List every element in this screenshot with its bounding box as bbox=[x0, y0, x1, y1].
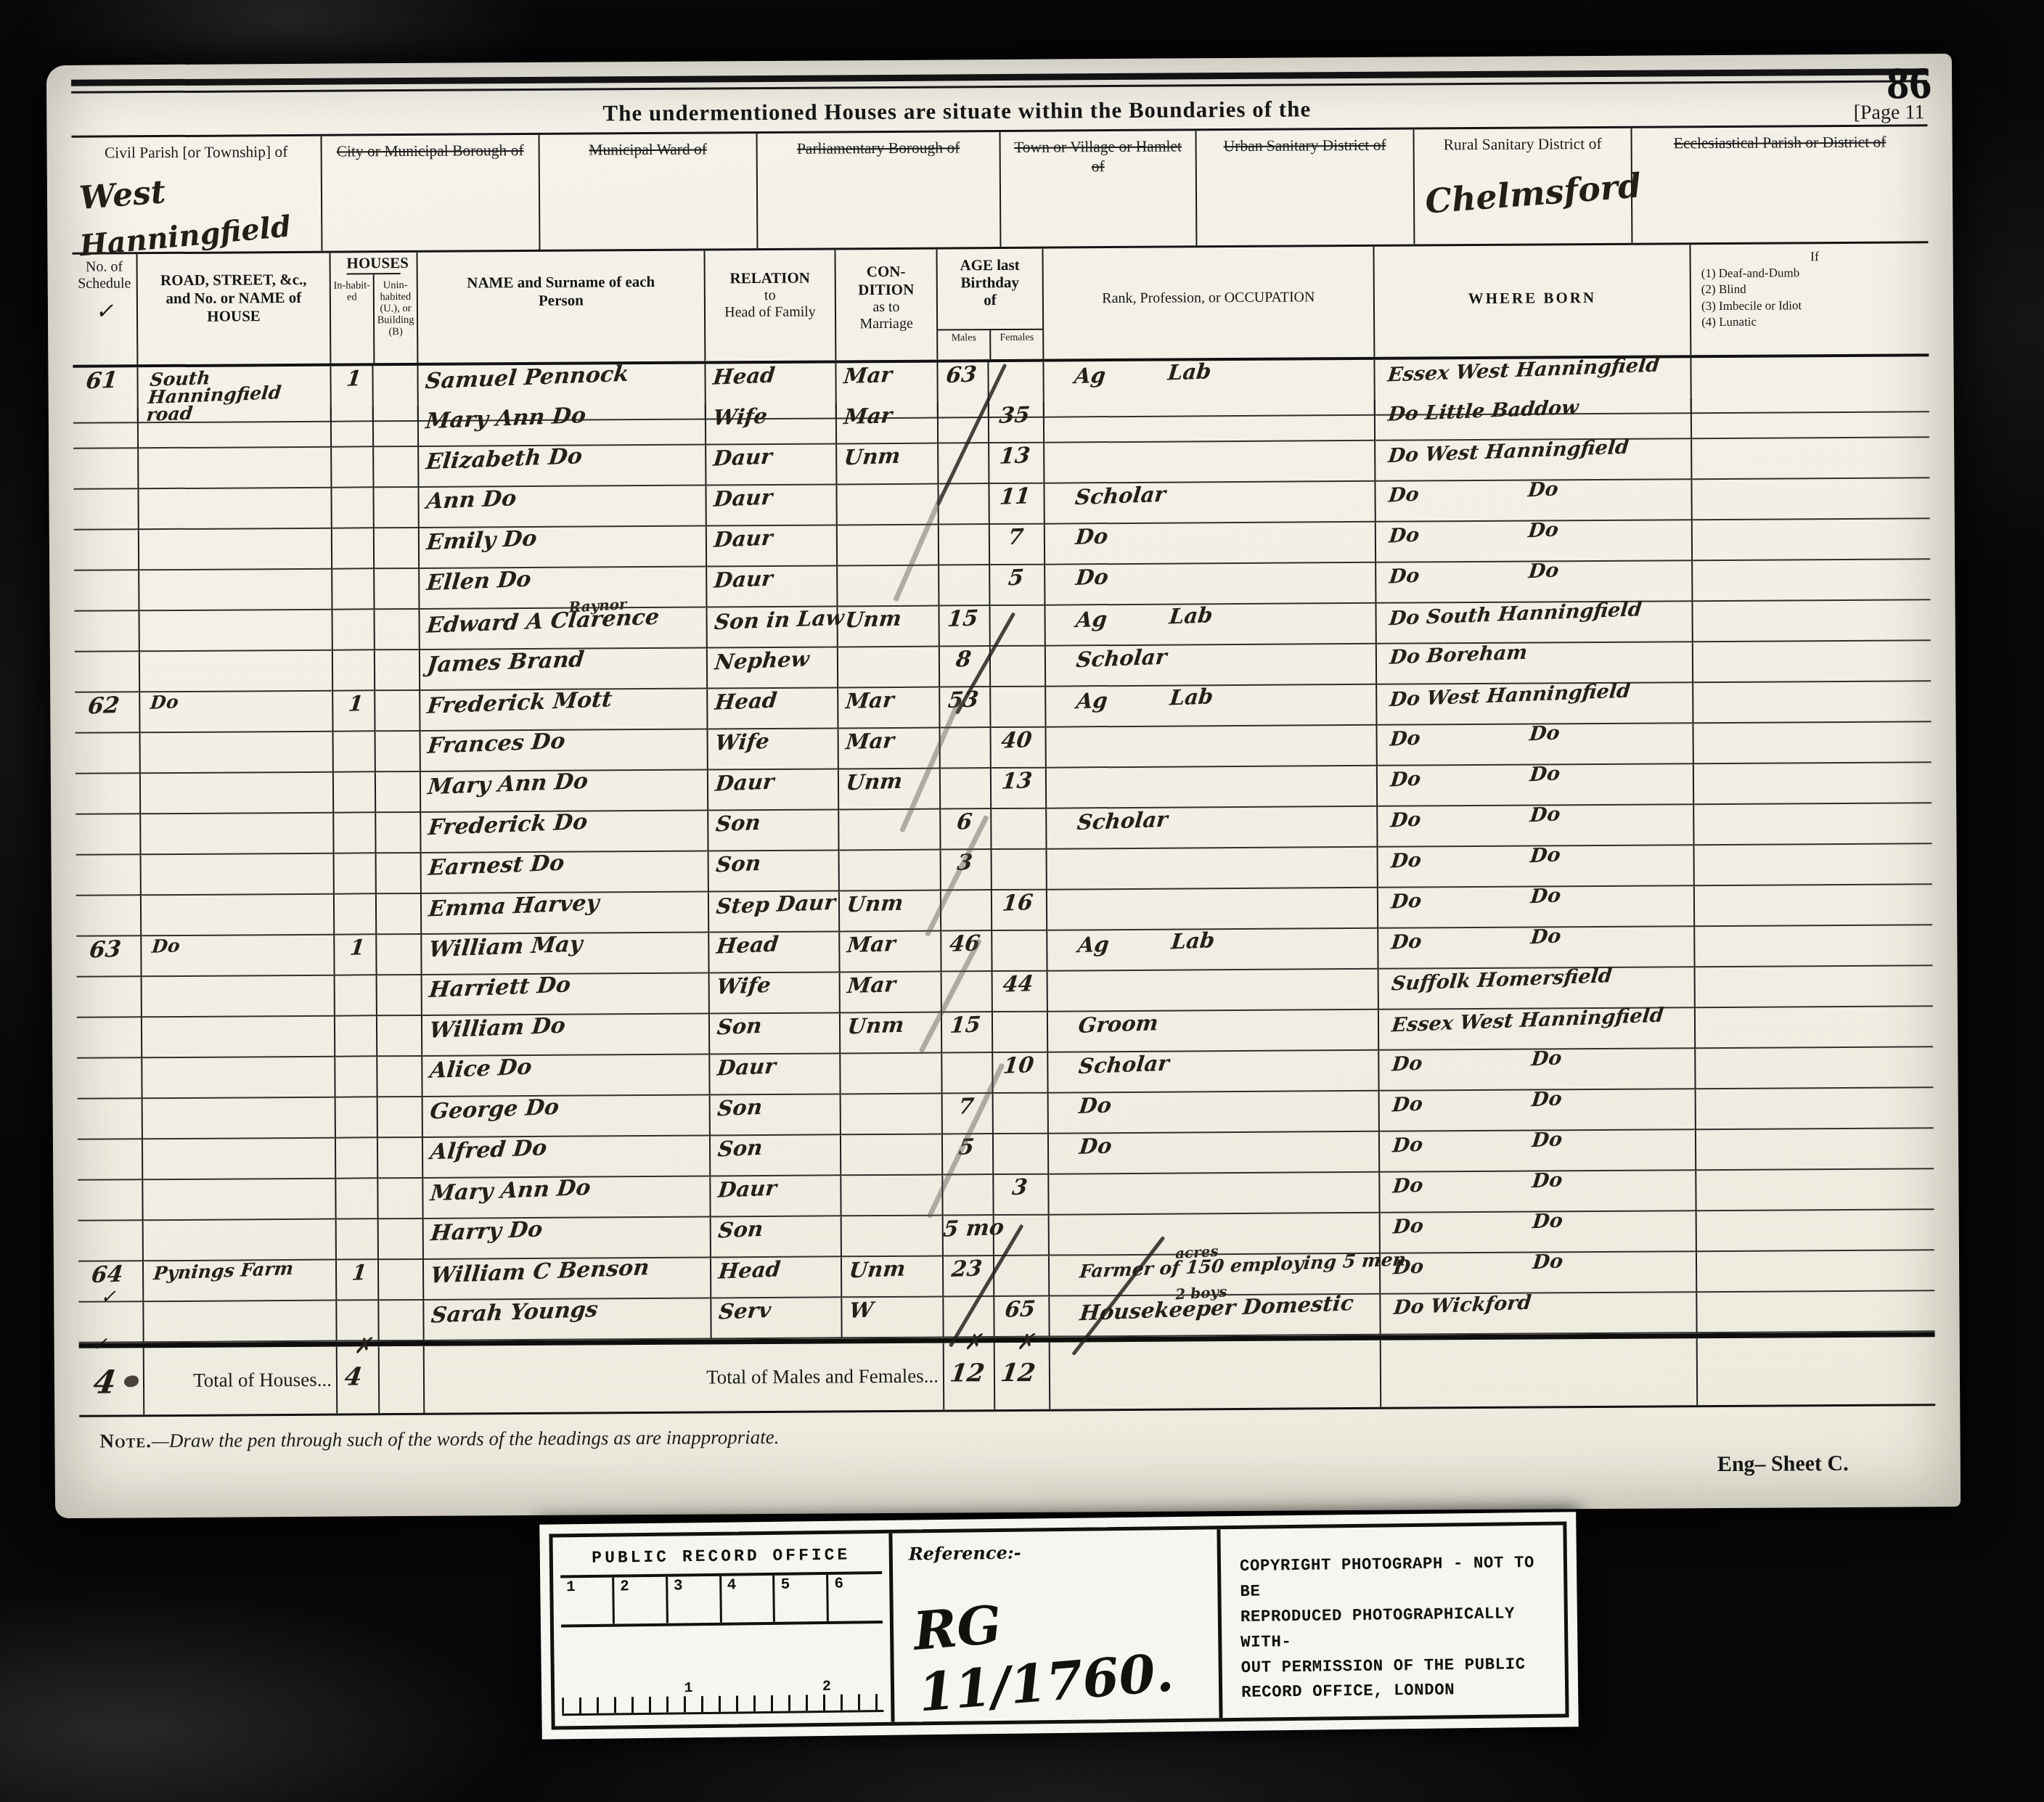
cell-name: Elizabeth Do bbox=[419, 445, 706, 487]
col-uninhabited: Unin-habited (U.), or Building (B) bbox=[375, 274, 417, 363]
cell-relation: Son in Law bbox=[707, 607, 838, 648]
cell-schedule bbox=[73, 449, 139, 490]
cell-name: Alice Do bbox=[422, 1054, 710, 1097]
cell-condition bbox=[841, 1054, 942, 1095]
cell-inhabited bbox=[334, 813, 376, 853]
field-label: City or Municipal Borough of bbox=[328, 141, 533, 162]
cell-age-male bbox=[942, 1053, 993, 1094]
cell-where-born: Do Do bbox=[1378, 886, 1695, 929]
cell-age-female bbox=[991, 647, 1046, 687]
cell-occupation: Scholar bbox=[1047, 807, 1378, 850]
cell-name: Sarah Youngs bbox=[424, 1298, 711, 1340]
cell-where-born: Do Wickford bbox=[1381, 1293, 1697, 1335]
cell-age-female: 16 bbox=[992, 890, 1047, 931]
cell-schedule bbox=[74, 530, 139, 571]
cell-schedule bbox=[78, 1139, 143, 1181]
cell-relation: Son bbox=[710, 1013, 841, 1054]
cell-occupation bbox=[1047, 726, 1378, 769]
field-ecclesiastical-parish: Ecclesiastical Parish or District of bbox=[1632, 126, 1928, 242]
cell-where-born: Do Do bbox=[1378, 764, 1694, 807]
cell-where-born: Do Do bbox=[1378, 805, 1694, 848]
ruler-ticks bbox=[562, 1694, 883, 1716]
field-label: Urban Sanitary District of bbox=[1203, 136, 1407, 157]
stamp-scale-cm: 123456 bbox=[560, 1571, 883, 1627]
cell-uninhabited bbox=[378, 1138, 423, 1179]
name-annotation: Raynor bbox=[568, 595, 627, 616]
cell-road bbox=[142, 1017, 335, 1059]
cell-relation: Daur bbox=[707, 566, 838, 607]
cell-condition bbox=[838, 566, 939, 607]
cell-age-female bbox=[994, 1094, 1049, 1134]
table-header: No. of Schedule ✓ ROAD, STREET, &c., and… bbox=[73, 243, 1929, 368]
cell-name: Earnest Do bbox=[422, 851, 709, 893]
cell-name: Emily Do bbox=[420, 526, 707, 568]
cell-name: Harry Do bbox=[424, 1217, 711, 1259]
cell-where-born: Do Do bbox=[1380, 1171, 1696, 1213]
cell-schedule bbox=[76, 855, 142, 896]
cell-schedule bbox=[78, 1302, 144, 1343]
cell-schedule: 62 bbox=[75, 692, 140, 734]
cell-inhabited bbox=[332, 528, 375, 569]
cell-uninhabited bbox=[376, 732, 421, 772]
ruler-scale-number: 5 bbox=[774, 1575, 829, 1622]
cell-schedule bbox=[73, 489, 139, 531]
cell-disability bbox=[1693, 600, 1930, 642]
ruler-scale-number: 2 bbox=[614, 1577, 669, 1624]
cell-where-born: Do Do bbox=[1379, 1049, 1696, 1092]
cell-name: Harriett Do bbox=[422, 973, 710, 1015]
cell-uninhabited bbox=[378, 1097, 423, 1138]
cell-condition: Unm bbox=[840, 891, 941, 933]
cell-disability bbox=[1696, 1007, 1933, 1049]
cell-disability bbox=[1696, 1129, 1934, 1171]
cell-age-male: 15 bbox=[942, 1012, 993, 1053]
cell-age-male: 5 mo bbox=[944, 1216, 994, 1256]
cell-age-female bbox=[992, 850, 1047, 890]
cell-disability bbox=[1693, 722, 1931, 764]
cell-name: William May bbox=[422, 933, 709, 975]
col-females: Females bbox=[991, 330, 1042, 359]
cell-schedule bbox=[78, 1180, 143, 1221]
cell-name: Alfred Do bbox=[423, 1136, 711, 1178]
cell-road bbox=[139, 570, 332, 612]
col-age-group: AGE last Birthday of Males Females bbox=[937, 249, 1044, 360]
cell-occupation bbox=[1045, 441, 1375, 484]
cell-schedule bbox=[77, 1017, 142, 1059]
cell-name: Frederick Mott bbox=[420, 689, 708, 731]
cell-schedule: 63 bbox=[76, 936, 142, 978]
cell-road bbox=[141, 814, 334, 856]
cell-relation: Head bbox=[709, 932, 840, 973]
page-label: [Page 11 bbox=[1854, 101, 1925, 125]
cell-uninhabited bbox=[375, 650, 420, 691]
cell-uninhabited bbox=[375, 569, 420, 610]
cell-disability bbox=[1693, 681, 1931, 724]
cell-uninhabited bbox=[376, 813, 421, 853]
cell-road bbox=[143, 1179, 336, 1221]
stamp-scale-inches: 1 2 bbox=[561, 1626, 884, 1726]
census-table: No. of Schedule ✓ ROAD, STREET, &c., and… bbox=[73, 243, 1936, 1504]
cell-age-male: 23 bbox=[944, 1256, 994, 1297]
cell-inhabited bbox=[334, 732, 376, 772]
totals-houses-label: Total of Houses... bbox=[144, 1347, 338, 1415]
cell-name: William C Benson bbox=[424, 1258, 711, 1300]
cell-inhabited bbox=[335, 894, 377, 935]
cell-relation: Nephew bbox=[708, 647, 838, 689]
cell-condition: Mar bbox=[838, 688, 940, 729]
cell-inhabited bbox=[336, 1097, 378, 1138]
cell-uninhabited bbox=[377, 894, 422, 935]
cell-age-female bbox=[991, 687, 1046, 728]
cell-uninhabited bbox=[375, 610, 420, 650]
cell-inhabited bbox=[332, 488, 374, 528]
schedule-checkmark: ✓ bbox=[73, 299, 136, 324]
civil-parish-value: West Hanningfield bbox=[79, 171, 292, 254]
cell-age-female: 44 bbox=[993, 972, 1048, 1012]
cell-relation: Wife bbox=[710, 972, 841, 1014]
ruler-scale-number: 3 bbox=[668, 1576, 722, 1623]
cell-where-born: Do Do bbox=[1376, 520, 1693, 563]
cell-disability bbox=[1693, 560, 1930, 602]
cell-age-male bbox=[939, 565, 990, 606]
cell-age-female: 35 bbox=[989, 403, 1045, 443]
cell-condition bbox=[839, 810, 941, 851]
cell-where-born: Do Do bbox=[1378, 927, 1695, 970]
field-urban-sanitary: Urban Sanitary District of bbox=[1196, 130, 1415, 246]
cell-inhabited: 1 bbox=[337, 1260, 379, 1301]
totals-margin-value: 4 bbox=[91, 1364, 118, 1401]
cell-schedule bbox=[75, 652, 140, 693]
cell-uninhabited bbox=[374, 406, 419, 447]
col-where-born: WHERE BORN bbox=[1374, 245, 1691, 357]
cell-name: Edward A ClarenceRaynor bbox=[420, 607, 708, 650]
cell-disability bbox=[1695, 925, 1932, 967]
cell-name: Emma Harvey bbox=[422, 892, 709, 934]
col-disability: If (1) Deaf-and-Dumb (2) Blind (3) Imbec… bbox=[1691, 243, 1929, 355]
cell-inhabited bbox=[335, 853, 377, 894]
cell-where-born: Do Do bbox=[1375, 480, 1692, 523]
cell-disability bbox=[1693, 519, 1930, 561]
cell-disability bbox=[1692, 397, 1929, 439]
cell-occupation bbox=[1045, 401, 1375, 443]
cell-where-born: Do Little Baddow bbox=[1375, 398, 1692, 441]
col-houses-group: HOUSES In-habit-ed Unin-habited (U.), or… bbox=[330, 253, 418, 364]
cell-age-female: 13 bbox=[989, 443, 1045, 484]
cell-disability bbox=[1696, 1047, 1933, 1089]
cell-disability bbox=[1697, 1291, 1934, 1333]
cell-where-born: Essex West Hanningfield bbox=[1379, 1008, 1696, 1051]
col-schedule: No. of Schedule ✓ bbox=[73, 254, 139, 365]
cell-occupation bbox=[1047, 848, 1378, 890]
cell-age-male: 15 bbox=[939, 606, 990, 647]
col-occupation: Rank, Profession, or OCCUPATION bbox=[1043, 247, 1375, 359]
cell-age-female bbox=[994, 1134, 1049, 1175]
cell-age-female: 10 bbox=[993, 1053, 1048, 1094]
census-sheet: 86 The undermentioned Houses are situate… bbox=[46, 54, 1961, 1518]
footnote: Note.—Draw the pen through such of the w… bbox=[99, 1426, 779, 1453]
cell-schedule bbox=[75, 611, 140, 652]
cell-inhabited bbox=[337, 1219, 379, 1260]
field-label: Ecclesiastical Parish or District of bbox=[1638, 132, 1922, 153]
cell-uninhabited bbox=[377, 1057, 422, 1097]
cell-name: George Do bbox=[423, 1095, 711, 1137]
cell-uninhabited bbox=[377, 935, 422, 975]
cell-name: Mary Ann Do bbox=[423, 1176, 711, 1219]
totals-spacer bbox=[1381, 1338, 1698, 1407]
cell-relation: Son bbox=[711, 1094, 841, 1136]
cell-uninhabited bbox=[376, 772, 421, 813]
ruler-scale-number: 4 bbox=[721, 1576, 776, 1623]
cell-road bbox=[139, 407, 332, 449]
col-road: ROAD, STREET, &c., and No. or NAME of HO… bbox=[138, 253, 332, 365]
cell-occupation bbox=[1047, 766, 1378, 809]
totals-houses-value: ✗ 4 bbox=[338, 1346, 380, 1413]
field-civil-parish: Civil Parish [or Township] of West Hanni… bbox=[72, 136, 323, 253]
stamp-title: PUBLIC RECORD OFFICE bbox=[552, 1533, 889, 1576]
cell-relation: Daur bbox=[710, 1054, 841, 1095]
cell-disability bbox=[1694, 803, 1931, 845]
cell-condition: Unm bbox=[842, 1257, 944, 1298]
cell-road bbox=[141, 773, 334, 815]
cell-age-female bbox=[992, 931, 1047, 972]
scanned-census-photograph: { "page": { "number": "86", "page_label"… bbox=[0, 0, 2044, 1802]
cell-road: Do bbox=[140, 692, 333, 734]
cell-where-born: Do Do bbox=[1380, 1089, 1696, 1132]
cell-name: Ellen Do bbox=[420, 567, 707, 609]
col-inhabited: In-habit-ed bbox=[331, 274, 375, 363]
cell-where-born: Do Do bbox=[1378, 845, 1695, 888]
cell-name: Frances Do bbox=[421, 729, 708, 771]
cell-where-born: Do Do bbox=[1381, 1252, 1697, 1295]
cell-disability bbox=[1692, 438, 1929, 480]
cell-road bbox=[142, 854, 335, 896]
occupation-annotation: acres bbox=[1174, 1242, 1219, 1262]
table-body: 61South Hanningfield road1Samuel Pennock… bbox=[73, 356, 1934, 1343]
cell-age-male bbox=[939, 525, 990, 565]
cell-where-born: Do Do bbox=[1378, 724, 1694, 766]
cell-schedule bbox=[73, 408, 139, 449]
cell-road bbox=[140, 651, 333, 693]
cell-condition: W bbox=[842, 1298, 944, 1339]
cell-age-male bbox=[943, 1175, 994, 1216]
cell-relation: Daur bbox=[711, 1176, 841, 1217]
cell-age-female: 40 bbox=[992, 728, 1047, 769]
cell-occupation bbox=[1049, 1173, 1380, 1216]
cell-disability bbox=[1693, 641, 1931, 683]
cell-condition bbox=[840, 851, 941, 892]
cell-where-born: Do South Hanningfield bbox=[1376, 602, 1693, 644]
cell-condition: Mar bbox=[840, 932, 941, 973]
cell-uninhabited bbox=[375, 528, 420, 569]
cell-schedule bbox=[74, 570, 139, 612]
field-label: Town or Village or Hamlet of bbox=[1007, 136, 1190, 176]
cell-relation: Son bbox=[711, 1216, 842, 1258]
occupation-annotation: 2 boys bbox=[1174, 1282, 1227, 1303]
cell-road: Pynings Farm bbox=[144, 1261, 337, 1303]
totals-females-value: ✗ 12 bbox=[995, 1343, 1051, 1409]
cell-schedule bbox=[75, 774, 141, 815]
cell-age-female: 3 bbox=[994, 1175, 1049, 1216]
cell-relation: Head bbox=[711, 1257, 842, 1298]
field-rural-sanitary: Rural Sanitary District of Chelmsford bbox=[1414, 128, 1632, 245]
cell-uninhabited bbox=[377, 853, 422, 894]
cell-age-male bbox=[941, 769, 992, 809]
cell-occupation: Ag Lab bbox=[1047, 929, 1378, 972]
totals-spacer bbox=[380, 1346, 425, 1413]
cell-age-female bbox=[994, 1216, 1050, 1256]
footer-row: Note.—Draw the pen through such of the w… bbox=[79, 1406, 1936, 1504]
cell-inhabited: 1 bbox=[333, 691, 375, 732]
col-relation: RELATION to Head of Family bbox=[705, 250, 836, 361]
district-header-row: Civil Parish [or Township] of West Hanni… bbox=[72, 124, 1929, 255]
field-municipal-ward: Municipal Ward of bbox=[540, 134, 759, 250]
totals-males-value: ✗ 12 bbox=[944, 1343, 996, 1409]
cell-uninhabited bbox=[377, 1016, 422, 1057]
stamp-copyright-section: COPYRIGHT PHOTOGRAPH - NOT TO BE REPRODU… bbox=[1220, 1525, 1565, 1719]
totals-spacer bbox=[1050, 1340, 1382, 1409]
cell-schedule bbox=[78, 1099, 143, 1140]
cell-where-born: Do West Hanningfield bbox=[1375, 439, 1692, 482]
cell-name: Frederick Do bbox=[421, 811, 708, 853]
cell-relation: Son bbox=[711, 1135, 841, 1176]
cell-occupation: Scholar bbox=[1046, 644, 1377, 687]
field-municipal-borough: City or Municipal Borough of bbox=[322, 135, 541, 251]
cell-relation: Wife bbox=[708, 729, 839, 770]
cell-occupation: Scholar bbox=[1045, 482, 1375, 525]
cell-age-male bbox=[941, 728, 992, 769]
cell-where-born: Do Do bbox=[1381, 1211, 1697, 1254]
cell-inhabited bbox=[333, 650, 375, 691]
cell-inhabited bbox=[335, 975, 377, 1016]
cell-inhabited bbox=[333, 610, 375, 650]
field-label: Rural Sanitary District of bbox=[1420, 134, 1625, 155]
cell-disability bbox=[1697, 1210, 1934, 1252]
cell-name: Mary Ann Do bbox=[421, 770, 708, 812]
cell-road bbox=[142, 976, 335, 1018]
cell-age-female bbox=[994, 1256, 1050, 1297]
field-label: Municipal Ward of bbox=[546, 139, 751, 160]
cell-inhabited bbox=[332, 447, 374, 488]
cell-condition: Unm bbox=[837, 444, 939, 486]
cell-inhabited bbox=[335, 1057, 377, 1097]
cell-occupation: Do bbox=[1045, 523, 1376, 565]
cell-inhabited: 1 bbox=[335, 935, 377, 975]
cell-name: Ann Do bbox=[419, 486, 706, 528]
cell-occupation: Do bbox=[1049, 1132, 1380, 1175]
cell-road bbox=[144, 1220, 337, 1262]
cell-road bbox=[144, 1301, 337, 1343]
cell-occupation bbox=[1047, 888, 1378, 931]
col-males: Males bbox=[938, 331, 991, 360]
cell-schedule bbox=[77, 977, 142, 1018]
cell-relation: Head bbox=[708, 688, 838, 729]
totals-spacer bbox=[1698, 1337, 1936, 1405]
totals-margin: ✓ 4 bbox=[79, 1348, 145, 1415]
cell-road bbox=[139, 448, 332, 490]
cell-uninhabited bbox=[379, 1301, 424, 1341]
cell-inhabited bbox=[332, 406, 374, 447]
cell-where-born: Suffolk Homersfield bbox=[1379, 967, 1696, 1010]
cell-road bbox=[143, 1139, 336, 1181]
cell-condition bbox=[838, 647, 940, 689]
cell-age-female: 11 bbox=[989, 484, 1045, 525]
cell-condition bbox=[842, 1216, 944, 1258]
cell-schedule bbox=[77, 1058, 142, 1099]
cell-uninhabited bbox=[374, 488, 419, 528]
cell-relation: Son bbox=[708, 810, 839, 851]
cell-uninhabited bbox=[379, 1260, 424, 1301]
cell-condition: Mar bbox=[837, 404, 939, 445]
cell-road bbox=[139, 488, 332, 531]
cell-occupation: Do bbox=[1045, 563, 1376, 606]
cell-disability bbox=[1696, 1169, 1934, 1211]
cell-age-female bbox=[992, 809, 1047, 850]
form-title: The undermentioned Houses are situate wi… bbox=[602, 96, 1311, 126]
cell-name: William Do bbox=[422, 1014, 710, 1056]
cell-condition: Mar bbox=[839, 729, 941, 770]
totals-males-females-label: Total of Males and Females... bbox=[425, 1343, 945, 1413]
cell-occupation: Groom bbox=[1048, 1010, 1379, 1053]
cell-uninhabited bbox=[375, 691, 420, 732]
cell-schedule bbox=[78, 1221, 144, 1262]
cell-name: James Brand bbox=[420, 648, 708, 690]
cell-inhabited bbox=[334, 772, 376, 813]
cell-age-female: 7 bbox=[990, 525, 1045, 565]
rural-sanitary-value: Chelmsford bbox=[1423, 165, 1642, 221]
field-parliamentary-borough: Parliamentary Borough of bbox=[758, 132, 1002, 248]
cell-name: Mary Ann Do bbox=[419, 404, 706, 446]
cell-condition bbox=[841, 1176, 943, 1217]
cell-where-born: Do Do bbox=[1380, 1130, 1696, 1173]
col-name: NAME and Surname of each Person bbox=[417, 250, 706, 362]
cell-inhabited bbox=[336, 1179, 378, 1219]
ruler-scale-number: 6 bbox=[828, 1574, 883, 1621]
cell-relation: Son bbox=[709, 851, 840, 892]
cell-occupation bbox=[1048, 970, 1379, 1012]
cell-inhabited bbox=[336, 1138, 378, 1179]
cell-uninhabited bbox=[377, 975, 422, 1016]
cell-age-female bbox=[993, 1012, 1048, 1053]
cell-schedule bbox=[75, 733, 141, 774]
reference-label: Reference:- bbox=[892, 1529, 1217, 1564]
cell-disability bbox=[1692, 478, 1929, 520]
cell-age-female: 13 bbox=[992, 769, 1047, 809]
cell-age-female: 5 bbox=[990, 565, 1045, 606]
cell-disability bbox=[1695, 885, 1932, 927]
cell-relation: Wife bbox=[706, 404, 837, 445]
cell-road bbox=[142, 895, 335, 937]
ruler-scale-number: 1 bbox=[560, 1577, 615, 1624]
cell-disability bbox=[1696, 966, 1933, 1008]
cell-road bbox=[140, 610, 333, 652]
cell-uninhabited bbox=[379, 1219, 424, 1260]
cell-schedule: 64✓ bbox=[78, 1261, 144, 1303]
stamp-reference-section: Reference:- RG 11/1760. bbox=[892, 1529, 1222, 1722]
public-record-office-stamp: PUBLIC RECORD OFFICE 123456 1 2 Referenc… bbox=[539, 1512, 1579, 1739]
cell-inhabited bbox=[332, 569, 375, 610]
field-town-village: Town or Village or Hamlet of bbox=[1000, 131, 1197, 247]
cell-relation: Daur bbox=[706, 444, 837, 486]
stamp-ruler-section: PUBLIC RECORD OFFICE 123456 1 2 bbox=[552, 1533, 894, 1727]
cell-disability bbox=[1694, 763, 1931, 805]
sheet-label: Eng– Sheet C. bbox=[1717, 1451, 1849, 1477]
cell-disability bbox=[1697, 1250, 1934, 1293]
cell-condition bbox=[837, 485, 939, 526]
cell-occupation: Scholar bbox=[1048, 1051, 1379, 1094]
totals-row: ✓ 4 Total of Houses... ✗ 4 Total of Male… bbox=[79, 1332, 1936, 1417]
cell-disability bbox=[1696, 1088, 1934, 1130]
cell-schedule bbox=[76, 896, 142, 937]
